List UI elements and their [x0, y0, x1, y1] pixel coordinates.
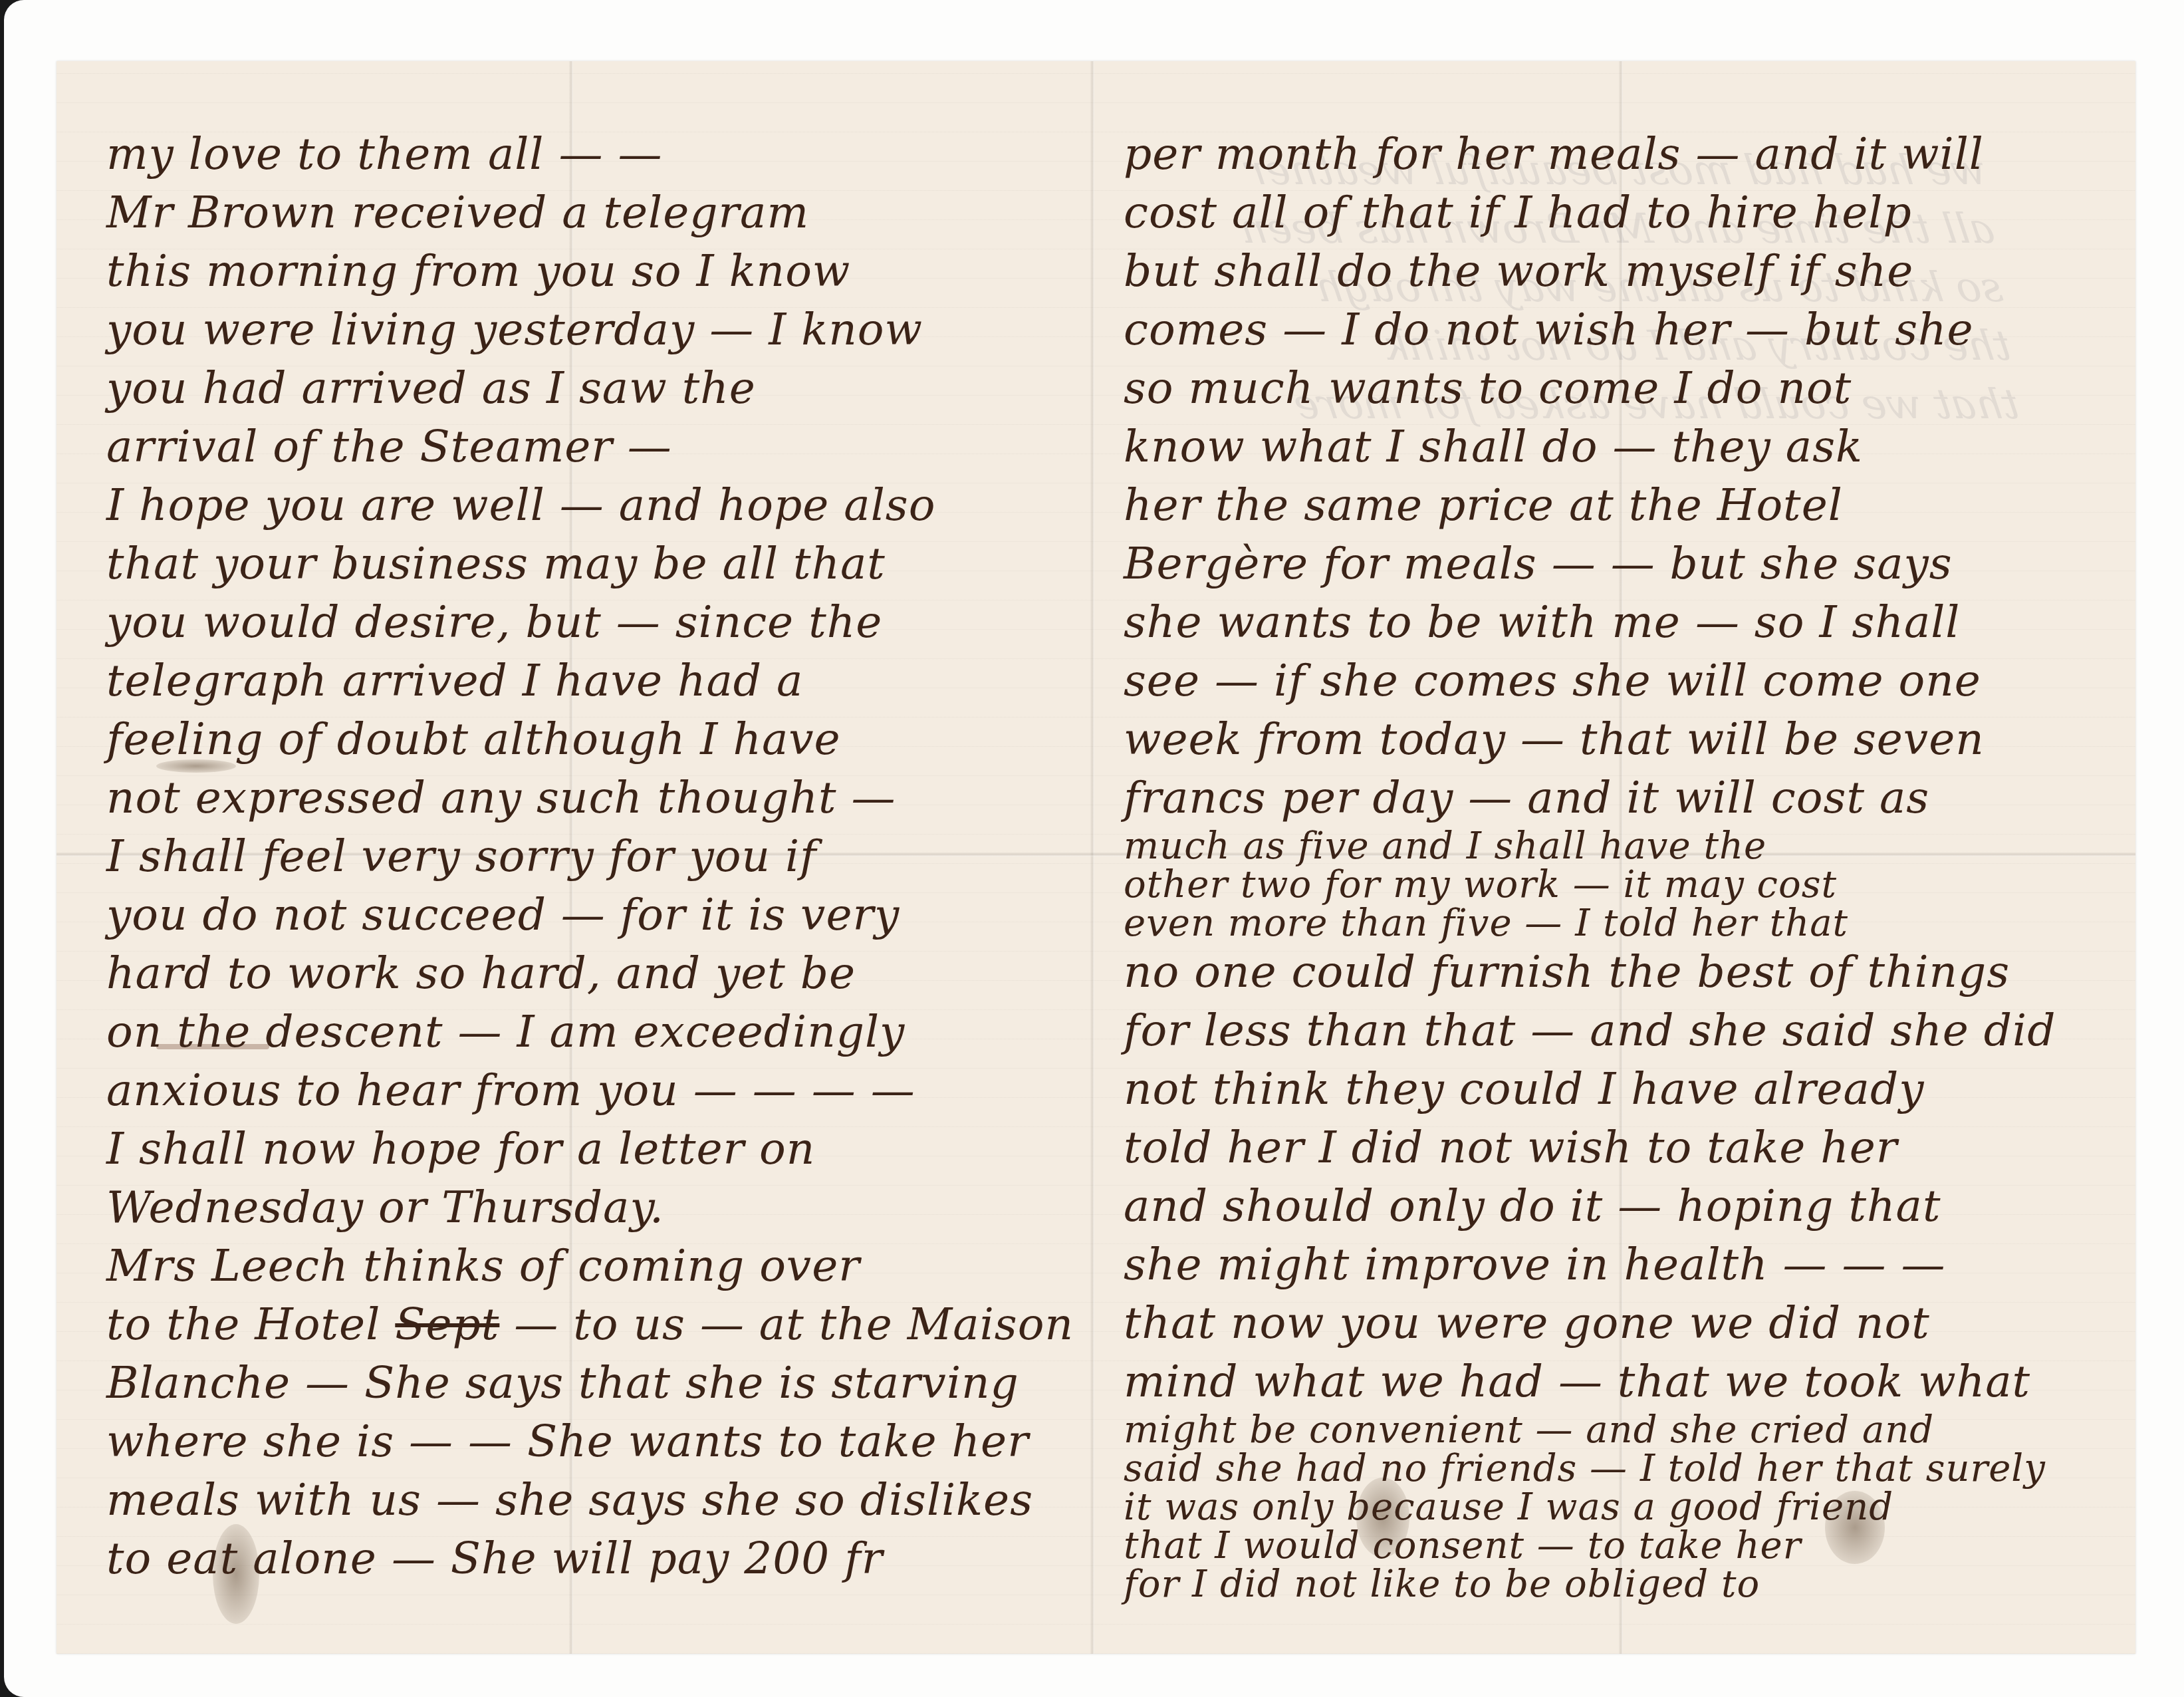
text-line: week from today — that will be seven — [1124, 710, 2127, 769]
text-line: told her I did not wish to take her — [1124, 1118, 2127, 1177]
text-line: Blanche — She says that she is starving — [106, 1354, 1090, 1412]
text-line: francs per day — and it will cost as — [1124, 769, 2127, 827]
text-line: my love to them all — — — [106, 125, 1090, 184]
text-line: that I would consent — to take her — [1124, 1527, 2127, 1565]
text-line: for less than that — and she said she di… — [1124, 1001, 2127, 1060]
text-line: I hope you are well — and hope also — [106, 476, 1090, 535]
text-line: see — if she comes she will come one — [1124, 652, 2127, 710]
text-line: not expressed any such thought — — [106, 769, 1090, 827]
text-line: it was only because I was a good friend — [1124, 1488, 2127, 1527]
text-line: I shall feel very sorry for you if — [106, 827, 1090, 886]
text-line: Wednesday or Thursday. — [106, 1178, 1090, 1237]
text-line: per month for her meals — and it will — [1124, 125, 2127, 184]
left-column-text: my love to them all — — Mr Brown receive… — [106, 125, 1090, 1588]
text-fragment: to the Hotel — [106, 1299, 380, 1350]
text-line: Mr Brown received a telegram — [106, 184, 1090, 242]
text-line: to eat alone — She will pay 200 fr — [106, 1529, 1090, 1588]
text-line: where she is — — She wants to take her — [106, 1412, 1090, 1471]
text-line: meals with us — she says she so dislikes — [106, 1471, 1090, 1529]
text-fragment: — to us — at the Maison — [514, 1299, 1074, 1350]
text-line: her the same price at the Hotel — [1124, 476, 2127, 535]
text-line: much as five and I shall have the — [1124, 827, 2127, 866]
text-line: Mrs Leech thinks of coming over — [106, 1237, 1090, 1295]
text-line: cost all of that if I had to hire help — [1124, 184, 2127, 242]
text-line: even more than five — I told her that — [1124, 904, 2127, 943]
text-line: you do not succeed — for it is very — [106, 886, 1090, 944]
text-line: telegraph arrived I have had a — [106, 652, 1090, 710]
text-line: other two for my work — it may cost — [1124, 866, 2127, 904]
right-column-text: per month for her meals — and it will co… — [1124, 125, 2127, 1604]
text-line: arrival of the Steamer — — [106, 418, 1090, 476]
text-line: she might improve in health — — — — [1124, 1236, 2127, 1294]
text-line: no one could furnish the best of things — [1124, 943, 2127, 1001]
text-line: I shall now hope for a letter on — [106, 1120, 1090, 1178]
text-line: you would desire, but — since the — [106, 593, 1090, 652]
text-line: hard to work so hard, and yet be — [106, 944, 1090, 1003]
text-line: you were living yesterday — I know — [106, 301, 1090, 359]
text-line: she wants to be with me — so I shall — [1124, 593, 2127, 652]
text-line: but shall do the work myself if she — [1124, 242, 2127, 301]
letter-page: we had had most beautiful weather all th… — [57, 61, 2135, 1654]
text-line: that now you were gone we did not — [1124, 1294, 2127, 1353]
text-line: know what I shall do — they ask — [1124, 418, 2127, 476]
text-line: so much wants to come I do not — [1124, 359, 2127, 418]
text-line: on the descent — I am exceedingly — [106, 1003, 1090, 1061]
text-line: for I did not like to be obliged to — [1124, 1565, 2127, 1604]
text-line: that your business may be all that — [106, 535, 1090, 593]
text-line: anxious to hear from you — — — — — [106, 1061, 1090, 1120]
text-line: comes — I do not wish her — but she — [1124, 301, 2127, 359]
text-line: not think they could I have already — [1124, 1060, 2127, 1118]
text-line: you had arrived as I saw the — [106, 359, 1090, 418]
struck-word: Sept — [395, 1299, 499, 1350]
text-line: this morning from you so I know — [106, 242, 1090, 301]
text-line: said she had no friends — I told her tha… — [1124, 1450, 2127, 1488]
text-line: to the Hotel Sept — to us — at the Maiso… — [106, 1295, 1090, 1354]
text-line: Bergère for meals — — but she says — [1124, 535, 2127, 593]
text-line: feeling of doubt although I have — [106, 710, 1090, 769]
fold-crease-center — [1090, 61, 1094, 1654]
text-line: mind what we had — that we took what — [1124, 1353, 2127, 1411]
text-line: and should only do it — hoping that — [1124, 1177, 2127, 1236]
text-line: might be convenient — and she cried and — [1124, 1411, 2127, 1450]
